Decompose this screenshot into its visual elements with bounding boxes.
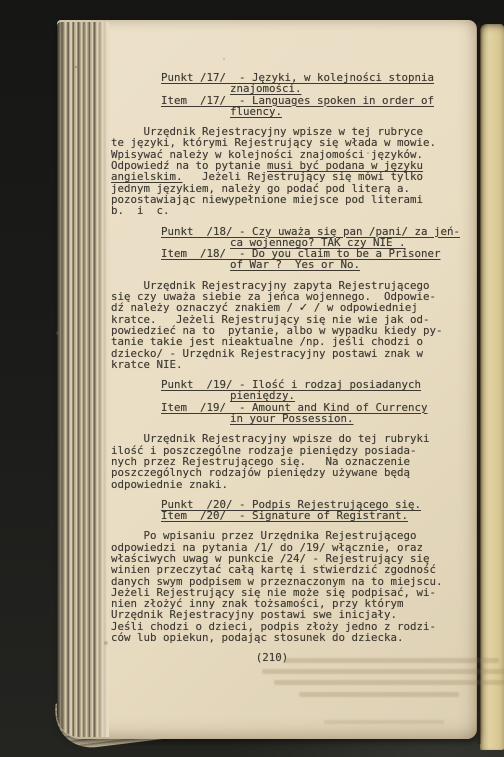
paragraph-text: Po wpisaniu przez Urzędnika Rejestrujące… [111,529,443,644]
heading-line: Item /17/ - Languages spoken in order of [161,95,469,106]
heading-17: Punkt /17/ - Języki, w kolejności stopni… [161,72,469,117]
heading-20: Punkt /20/ - Podpis Rejestrującego się. … [161,499,469,522]
paragraph-text: Urzędnik Rejestracyjny wpisze do tej rub… [111,432,430,490]
heading-line: of War ? Yes or No. [161,259,469,270]
heading-text: Item /20/ - Signature of Registrant. [161,509,408,522]
paragraph-19: Urzędnik Rejestracyjny wpisze do tej rub… [111,433,469,489]
heading-line: Item /20/ - Signature of Registrant. [161,510,469,521]
book-scan-photo: Punkt /17/ - Języki, w kolejności stopni… [0,0,504,757]
paragraph-text: / w odpowiedniej kratce. Jeżeli Rejestru… [111,301,443,370]
heading-text: fluency. [230,105,282,118]
section-punkt-17: Punkt /17/ - Języki, w kolejności stopni… [111,72,469,217]
section-punkt-20: Punkt /20/ - Podpis Rejestrującego się. … [111,499,469,644]
show-through-line [324,720,444,724]
paragraph-20: Po wpisaniu przez Urzędnika Rejestrujące… [111,530,469,643]
paragraph-17: Urzędnik Rejestracyjny wpisze w tej rubr… [111,126,469,216]
heading-line: Punkt /17/ - Języki, w kolejności stopni… [161,72,469,83]
page-stack-left-edges [57,22,109,737]
section-punkt-18: Punkt /18/ - Czy uważa się pan /pani/ za… [111,226,469,371]
heading-line: in your Possession. [161,413,469,424]
heading-18: Punkt /18/ - Czy uważa się pan /pani/ za… [161,226,469,271]
paragraph-18: Urzędnik Rejestracyjny zapyta Rejestrują… [111,280,469,370]
show-through-line [274,680,504,685]
scanned-page: Punkt /17/ - Języki, w kolejności stopni… [57,20,477,739]
show-through-line [284,658,499,663]
heading-text: of War ? Yes or No. [230,258,360,271]
heading-line: fluency. [161,106,469,117]
page-edge-seam [476,22,481,744]
section-punkt-19: Punkt /19/ - Ilość i rodzaj posiadanych … [111,379,469,490]
show-through-line [262,669,504,674]
heading-line: Punkt /19/ - Ilość i rodzaj posiadanych [161,379,469,390]
heading-text: Item /17/ - Languages spoken in order of [161,94,434,107]
show-through-line [299,692,459,697]
heading-19: Punkt /19/ - Ilość i rodzaj posiadanych … [161,379,469,424]
book-fore-edge [480,24,504,750]
paper-specks [75,66,77,68]
heading-text: in your Possession. [230,412,354,425]
